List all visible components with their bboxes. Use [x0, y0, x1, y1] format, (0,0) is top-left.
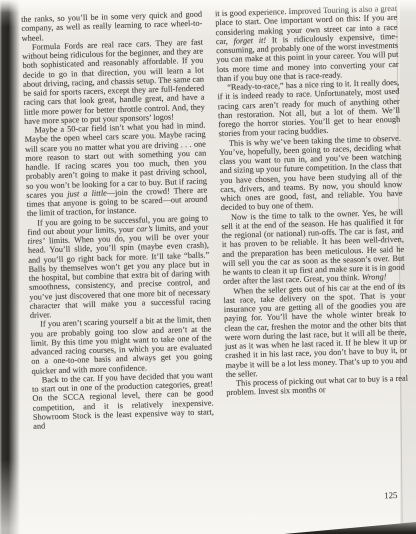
text-run: “Ready-to-race,” has a nice ring to it. … [217, 78, 400, 139]
italic-text-run: your [77, 226, 92, 235]
paragraph: If you are going to be successful, you a… [27, 213, 211, 320]
book-edge-shadow [284, 521, 416, 534]
text-run: When the seller gets out of his car at t… [223, 281, 407, 379]
paragraph: Back to the car. If you have decided tha… [32, 370, 215, 431]
book-spine-shadow [0, 0, 20, 534]
text-run: Back to the car. If you have decided tha… [32, 370, 214, 431]
paragraph: Now is the time to talk to the owner. Ye… [221, 207, 405, 286]
paragraph: “Ready-to-race,” has a nice ring to it. … [217, 78, 401, 139]
paragraph: Maybe a 50-car field isn’t what you had … [24, 121, 208, 219]
text-run: If you aren’t scaring yourself a bit at … [30, 315, 212, 376]
paragraph: When the seller gets out of his car at t… [223, 281, 408, 379]
text-run: This is why we’ve been taking the time t… [219, 133, 403, 212]
paragraph: If you aren’t scaring yourself a bit at … [30, 315, 213, 376]
paragraph: Formula Fords are real race cars. They a… [22, 37, 205, 126]
text-run: Formula Fords are real race cars. They a… [22, 37, 205, 125]
italic-text-run: tires’ [28, 236, 45, 246]
italic-text-run: Wrong! [362, 273, 387, 283]
text-column-right: it is good experience. Improved Touring … [215, 4, 409, 425]
paragraph: This process of picking out what car to … [226, 374, 408, 398]
page-content: the ranks, so you’ll be in some very qui… [21, 4, 412, 520]
text-column-left: the ranks, so you’ll be in some very qui… [21, 10, 214, 431]
text-run: limits. When you do, you will be over yo… [28, 232, 211, 320]
italic-text-run: car’s [136, 224, 153, 233]
page-number: 125 [335, 490, 397, 502]
text-columns: the ranks, so you’ll be in some very qui… [21, 4, 409, 431]
scanned-book-page-photo: the ranks, so you’ll be in some very qui… [0, 0, 416, 534]
paragraph: it is good experience. Improved Touring … [215, 4, 399, 83]
paragraph: This is why we’ve been taking the time t… [219, 133, 403, 212]
